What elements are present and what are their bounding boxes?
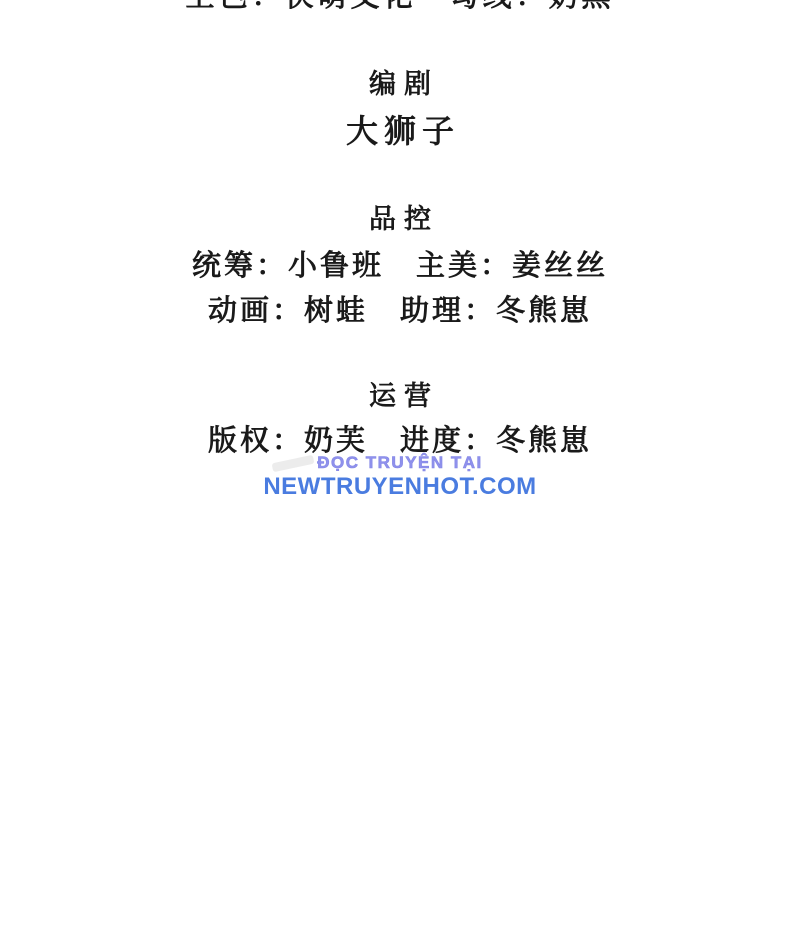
watermark-site-tagline: ĐỌC TRUYỆN TẠI [0, 453, 800, 473]
watermark-site-domain: NEWTRUYENHOT.COM [0, 473, 800, 501]
section-heading-screenwriter: 编剧 [0, 62, 800, 101]
comic-credits-page: 上色：快萌文化 勾线：奶黑 编剧 大狮子 品控 统筹：小鲁班 主美：姜丝丝 动画… [0, 0, 800, 950]
credit-line-coordinator-artdirector: 统筹：小鲁班 主美：姜丝丝 [0, 243, 800, 284]
credit-line-clipped-top: 上色：快萌文化 勾线：奶黑 [0, 0, 800, 13]
credit-line-screenwriter-name: 大狮子 [0, 106, 800, 152]
credit-line-animation-assistant: 动画：树蛙 助理：冬熊崽 [0, 288, 800, 329]
section-heading-quality-control: 品控 [0, 197, 800, 236]
section-heading-operations: 运营 [0, 374, 800, 413]
